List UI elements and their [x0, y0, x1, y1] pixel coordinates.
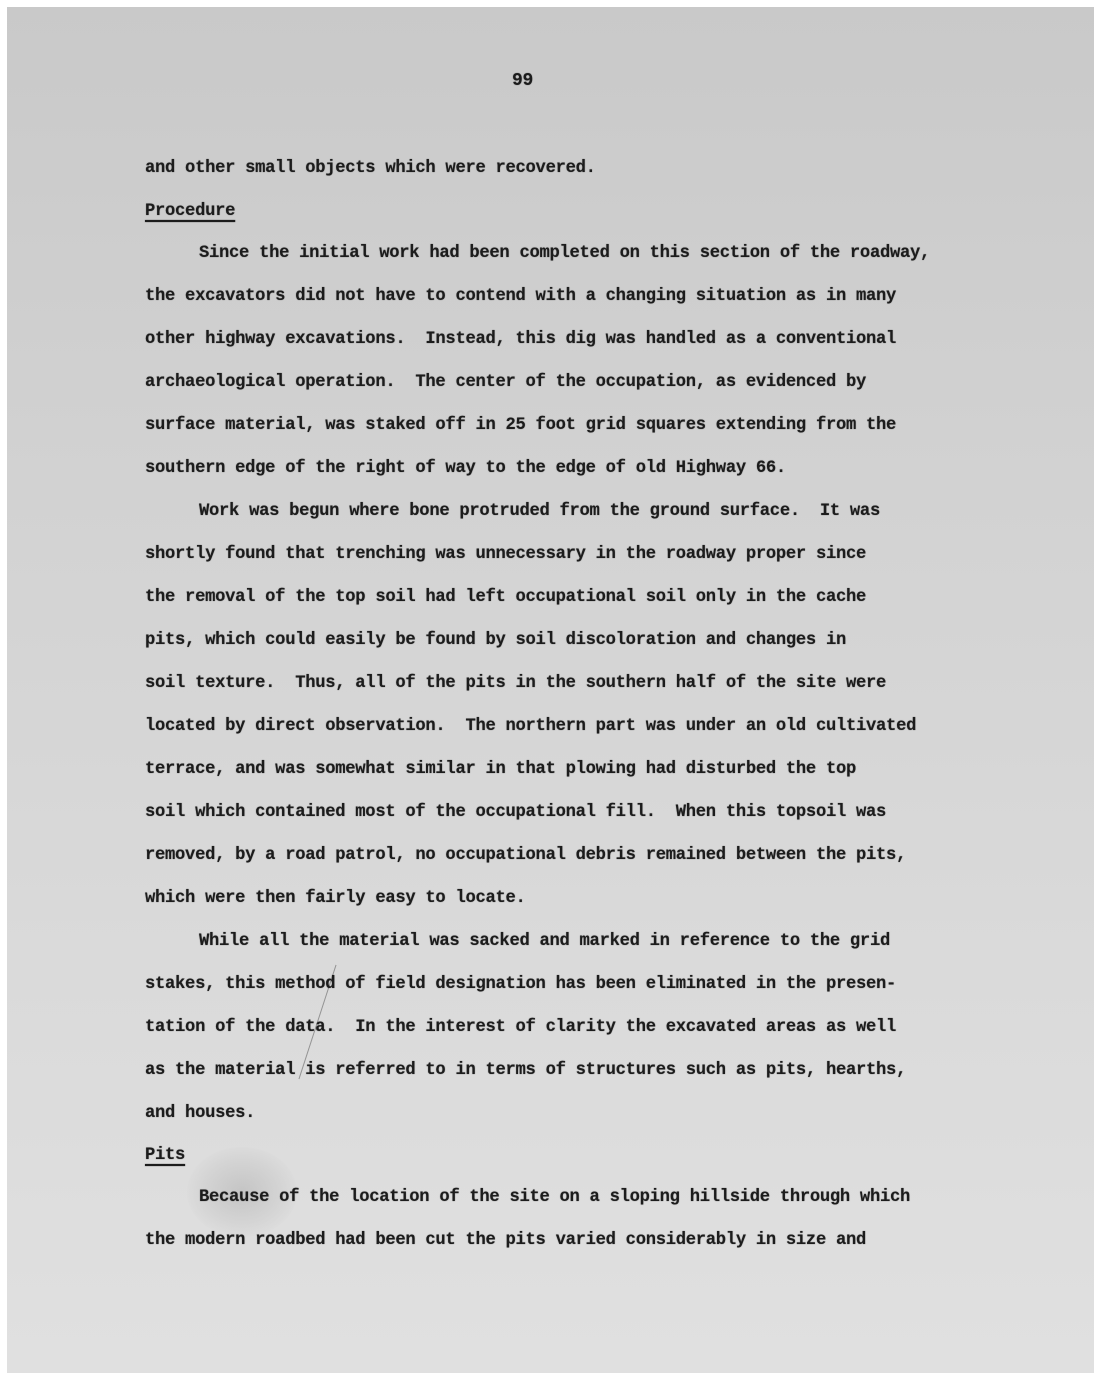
- paragraph-line: which were then fairly easy to locate.: [145, 890, 526, 907]
- paragraph-line: surface material, was staked off in 25 f…: [145, 417, 896, 434]
- section-heading-procedure: Procedure: [145, 203, 235, 220]
- paragraph-line: removed, by a road patrol, no occupation…: [145, 847, 906, 864]
- paragraph-line: terrace, and was somewhat similar in tha…: [145, 761, 856, 778]
- paragraph-line: stakes, this method of field designation…: [145, 976, 896, 993]
- paragraph-line: While all the material was sacked and ma…: [199, 933, 890, 950]
- paragraph-line: the modern roadbed had been cut the pits…: [145, 1232, 866, 1249]
- paragraph-line: other highway excavations. Instead, this…: [145, 331, 896, 348]
- paragraph-line: located by direct observation. The north…: [145, 718, 916, 735]
- paragraph-line: tation of the data. In the interest of c…: [145, 1019, 896, 1036]
- page-number: 99: [512, 72, 533, 90]
- paragraph-line: Because of the location of the site on a…: [199, 1189, 910, 1206]
- paragraph-line: the excavators did not have to contend w…: [145, 288, 896, 305]
- paragraph-line: archaeological operation. The center of …: [145, 374, 866, 391]
- paragraph-line: and houses.: [145, 1105, 255, 1122]
- paragraph-line: Work was begun where bone protruded from…: [199, 503, 880, 520]
- carryover-line: and other small objects which were recov…: [145, 160, 596, 177]
- paragraph-line: pits, which could easily be found by soi…: [145, 632, 846, 649]
- paragraph-line: the removal of the top soil had left occ…: [145, 589, 866, 606]
- section-heading-pits: Pits: [145, 1147, 185, 1164]
- paragraph-line: soil which contained most of the occupat…: [145, 804, 886, 821]
- paragraph-line: soil texture. Thus, all of the pits in t…: [145, 675, 886, 692]
- paragraph-line: Since the initial work had been complete…: [199, 245, 930, 262]
- paragraph-line: southern edge of the right of way to the…: [145, 460, 786, 477]
- paragraph-line: as the material is referred to in terms …: [145, 1062, 906, 1079]
- paragraph-line: shortly found that trenching was unneces…: [145, 546, 866, 563]
